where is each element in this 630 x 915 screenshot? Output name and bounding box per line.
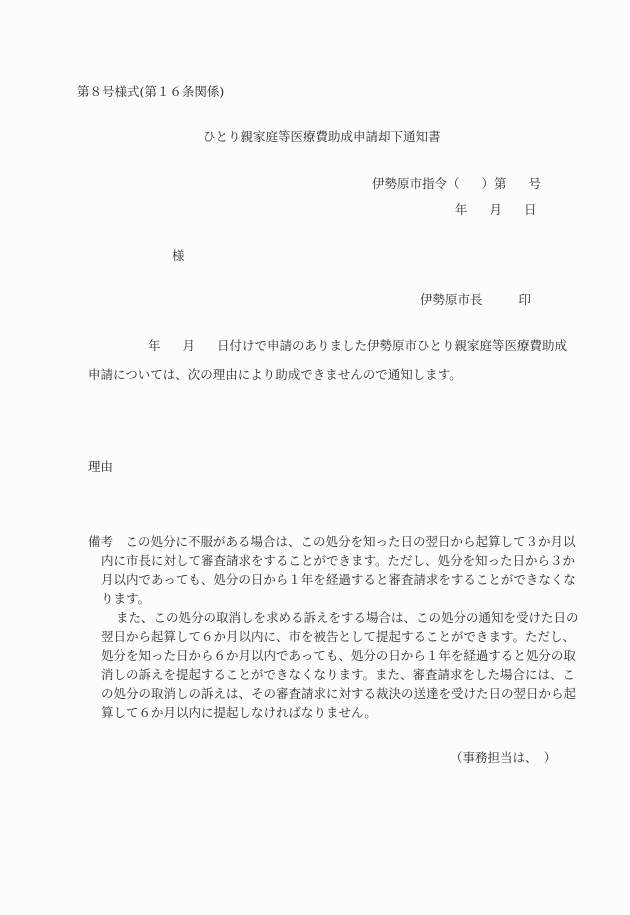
order-number-line: 伊勢原市指令（）第号	[372, 178, 541, 191]
form-number: 第８号様式(第１６条関係)	[77, 86, 224, 99]
intro-line-1-text: 日付けで申請のありました伊勢原市ひとり親家庭等医療費助成	[217, 338, 567, 353]
remarks-line: 消しの訴えを提起することができなくなります。また、審査請求をした場合には、こ	[88, 665, 550, 684]
remarks-line: 備考 この処分に不服がある場合は、この処分を知った日の翌日から起算して３か月以	[88, 532, 550, 551]
date-month: 月	[490, 204, 503, 217]
intro-line-1: 年月日付けで申請のありました伊勢原市ひとり親家庭等医療費助成	[148, 340, 567, 353]
remarks-section: 備考 この処分に不服がある場合は、この処分を知った日の翌日から起算して３か月以 …	[88, 532, 550, 722]
sender-line: 伊勢原市長印	[420, 294, 531, 307]
order-suffix: 号	[529, 178, 542, 191]
remarks-line: 処分を知った日から６か月以内であっても、処分の日から１年を経過すると処分の取	[88, 646, 550, 665]
contact-person: （事務担当は、 ）	[450, 752, 556, 765]
remarks-line: 月以内であっても、処分の日から１年を経過すると審査請求をすることができなくな	[88, 570, 550, 589]
intro-year: 年	[148, 338, 161, 353]
intro-month: 月	[183, 338, 196, 353]
remarks-line: 算して６か月以内に提起しなければなりません。	[88, 703, 550, 722]
reason-label: 理由	[88, 461, 113, 474]
remarks-line: 内に市長に対して審査請求をすることができます。ただし、処分を知った日から３か	[88, 551, 550, 570]
remarks-line: 翌日から起算して６か月以内に、市を被告として提起することができます。ただし、	[88, 627, 550, 646]
order-middle: ）第	[482, 178, 507, 191]
remarks-line: また、この処分の取消しを求める訴えをする場合は、この処分の通知を受けた日の	[88, 608, 550, 627]
order-prefix: 伊勢原市指令（	[372, 178, 460, 191]
remarks-line: の処分の取消しの訴えは、その審査請求に対する裁決の送達を受けた日の翌日から起	[88, 684, 550, 703]
seal-mark: 印	[519, 292, 532, 307]
issue-date-line: 年月日	[455, 204, 537, 217]
date-year: 年	[455, 204, 468, 217]
sender-name: 伊勢原市長	[420, 292, 483, 307]
intro-line-2: 申請については、次の理由により助成できませんので通知します。	[88, 369, 462, 382]
remarks-line: ります。	[88, 589, 550, 608]
document-title: ひとり親家庭等医療費助成申請却下通知書	[203, 131, 441, 144]
addressee: 様	[172, 250, 185, 263]
date-day: 日	[524, 204, 537, 217]
